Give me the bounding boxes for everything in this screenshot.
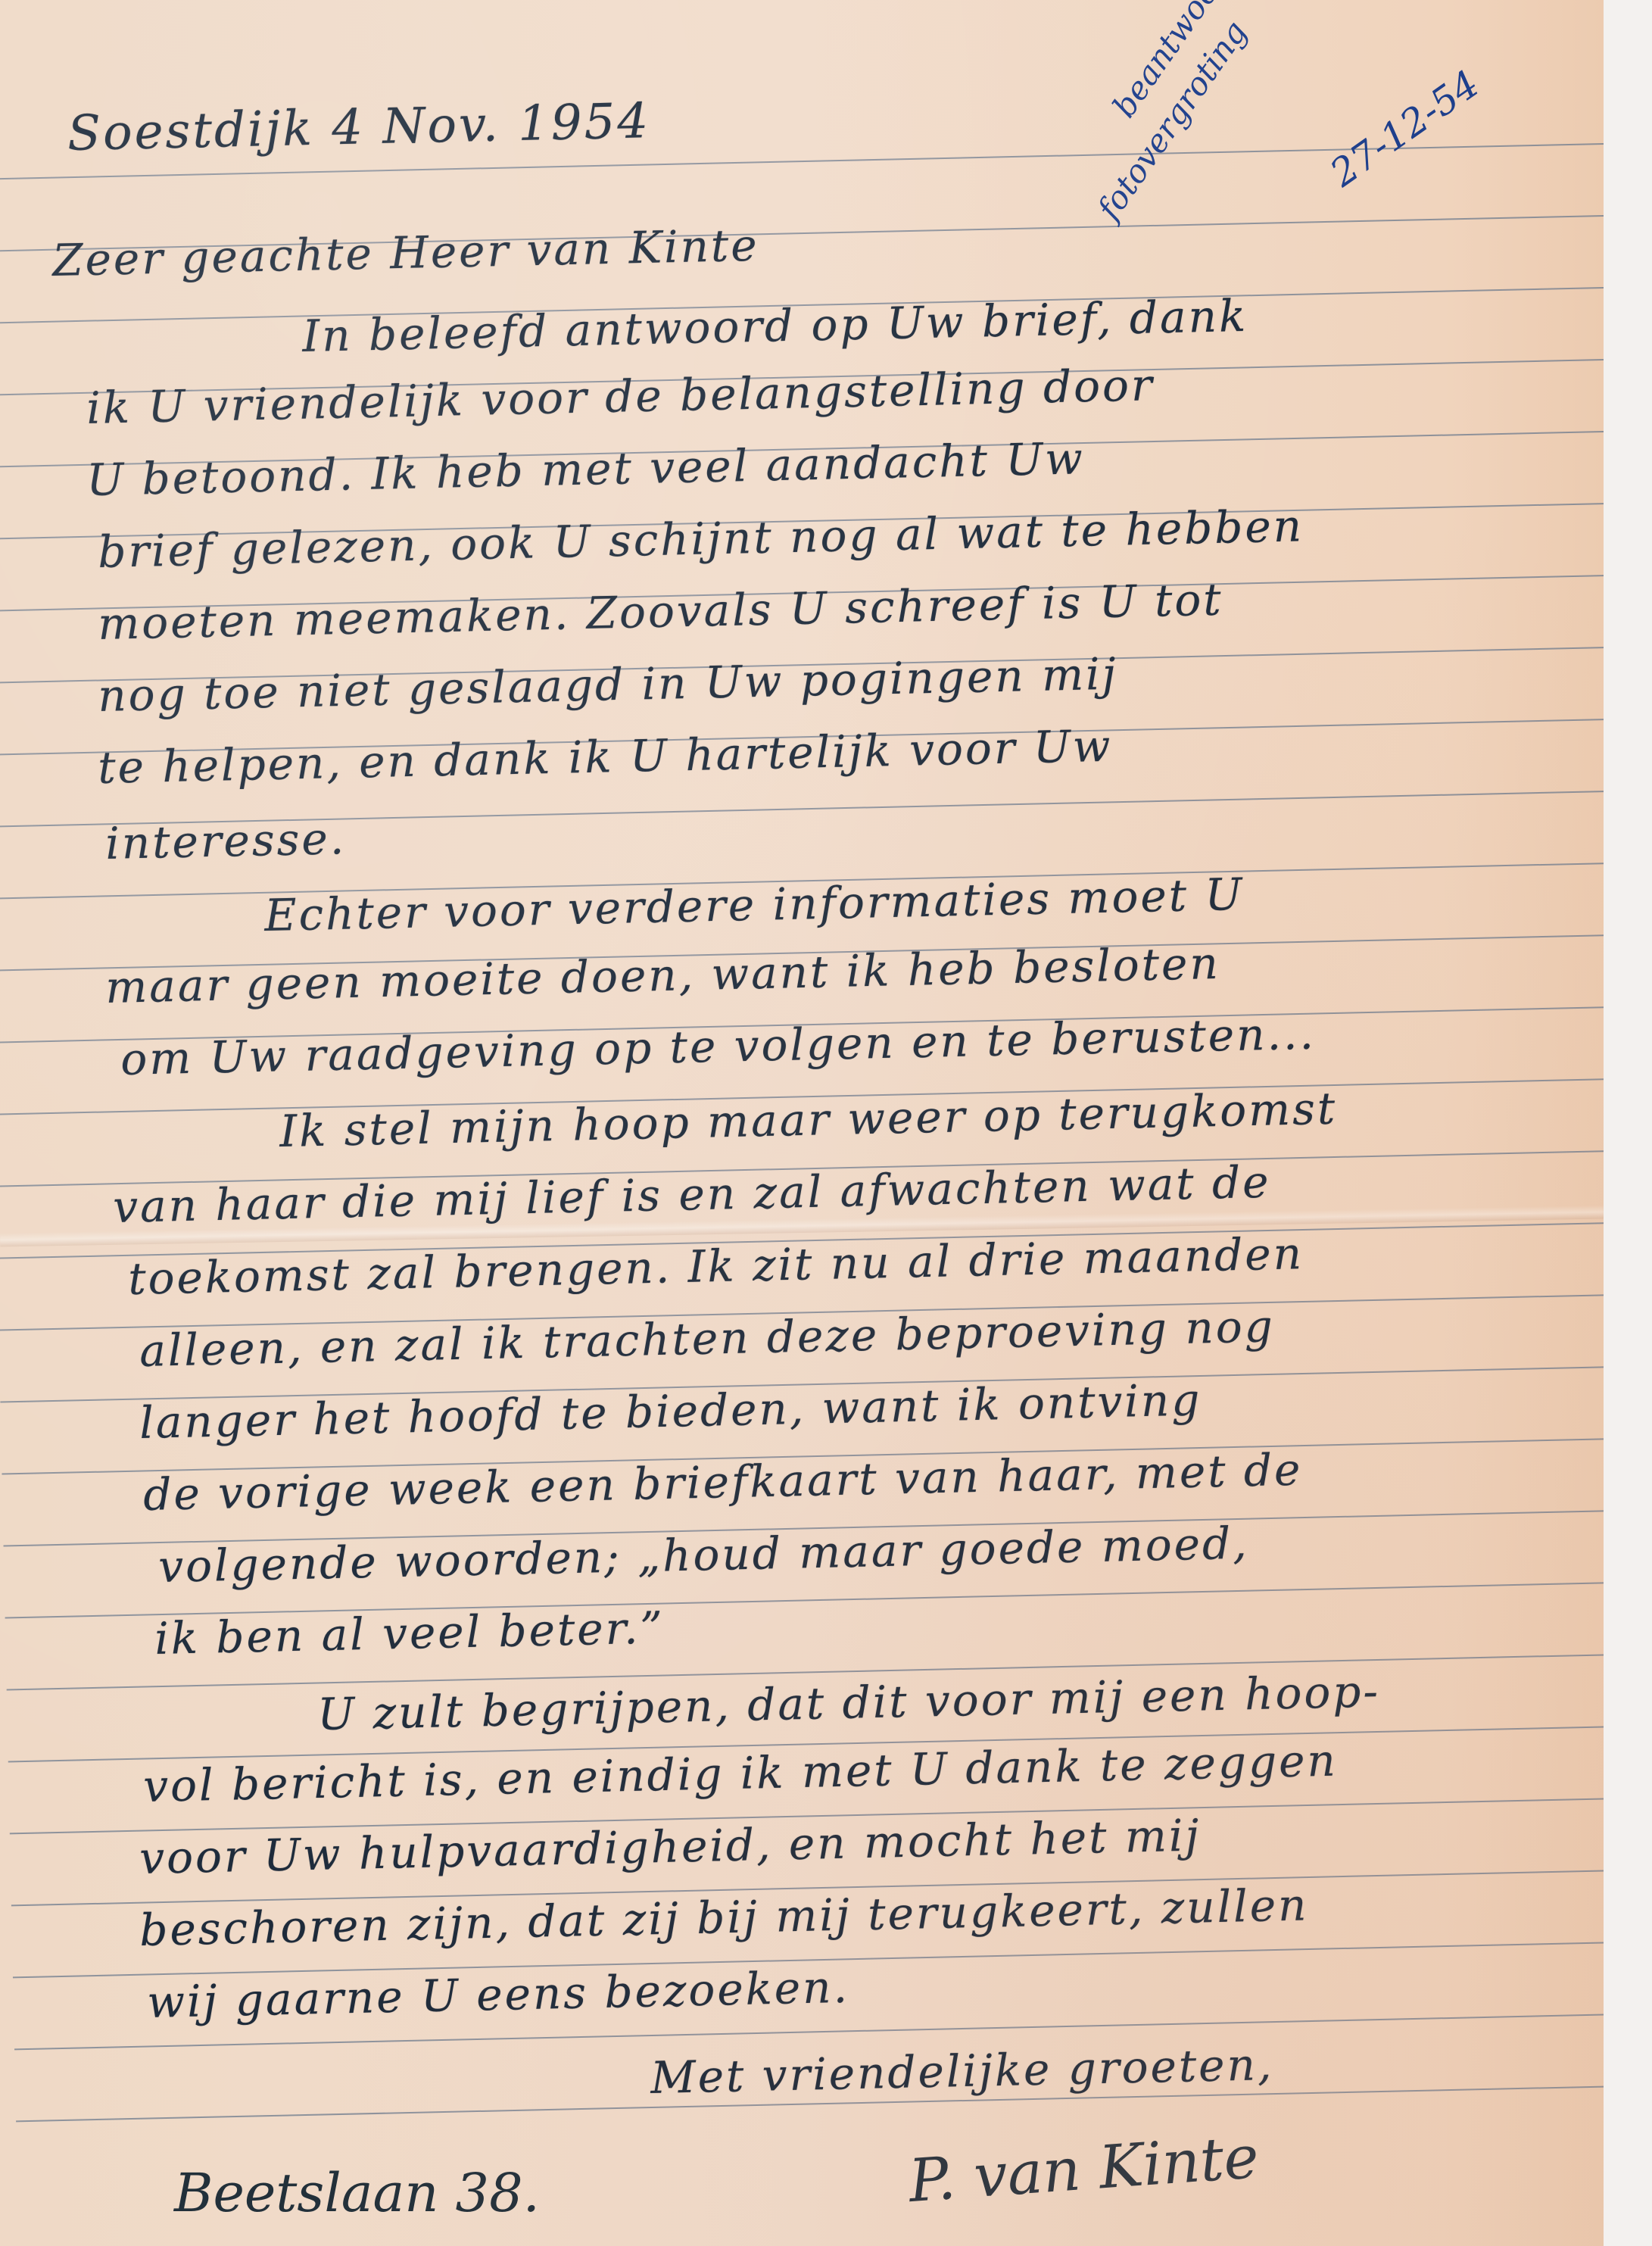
address: Beetslaan 38. <box>174 2162 540 2224</box>
letter-paper: Soestdijk 4 Nov. 1954 beantwoord en foto… <box>0 0 1604 2246</box>
body-line: interesse. <box>105 813 347 869</box>
